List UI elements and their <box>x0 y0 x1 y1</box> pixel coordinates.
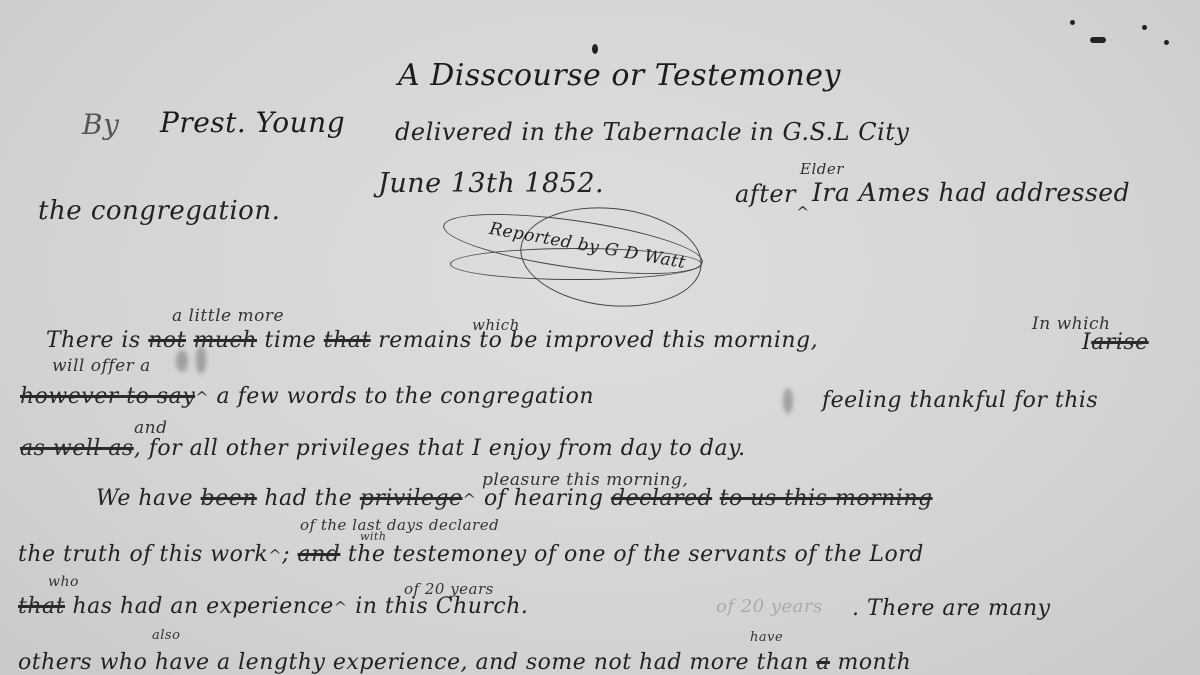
struck-word: a <box>816 650 830 675</box>
byline-prefix: By <box>82 108 119 141</box>
manuscript-page: A Disscourse or Testemoney By Prest. You… <box>0 0 1200 675</box>
p1-line1-end: Iarise <box>1082 330 1149 355</box>
ink-speck <box>1070 20 1075 25</box>
insertion-caret: ^ <box>796 203 810 222</box>
insert-and: and <box>134 418 167 438</box>
insertion-caret: ^ <box>334 598 348 617</box>
insert-have: have <box>750 630 783 645</box>
p1-line2: however to say^ a few words to the congr… <box>20 384 594 409</box>
p1-line1: There is not much time that remains to b… <box>46 328 818 353</box>
insertion-caret: ^ <box>195 388 209 407</box>
p2-line3: that has had an experience^ in this Chur… <box>18 594 528 619</box>
ink-smudge <box>196 346 206 374</box>
byline-name: Prest. Young <box>160 106 345 139</box>
insert-who: who <box>48 574 79 590</box>
heading-congregation: the congregation. <box>38 196 280 226</box>
struck-word: that <box>18 594 65 619</box>
p2-line2: the truth of this work^; and the testemo… <box>18 542 924 567</box>
struck-word: that <box>324 328 371 353</box>
heading-addressed: Ira Ames had addressed <box>812 178 1130 207</box>
faded-text: of 20 years <box>716 596 823 617</box>
struck-word: arise <box>1091 330 1148 355</box>
struck-word: been <box>201 486 257 511</box>
insertion-caret: ^ <box>268 546 282 565</box>
p2-line1: We have been had the privilege^ of heari… <box>96 486 933 511</box>
p1-line3: as well as, for all other privileges tha… <box>20 436 746 461</box>
heading-after: after <box>735 180 796 208</box>
ink-smudge <box>176 350 188 372</box>
struck-word: declared <box>611 486 712 511</box>
ink-speck <box>1142 25 1147 30</box>
heading-date: June 13th 1852. <box>378 168 604 199</box>
p2-line3-end: . There are many <box>852 596 1051 621</box>
insert-a-little-more: a little more <box>172 306 284 326</box>
struck-phrase: however to say <box>20 384 195 409</box>
byline-rest: delivered in the Tabernacle in G.S.L Cit… <box>395 118 909 146</box>
p2-line4: others who have a lengthy experience, an… <box>18 650 911 675</box>
struck-word: and <box>298 542 341 567</box>
insert-last-days: of the last days declared <box>300 516 499 534</box>
document-title: A Disscourse or Testemoney <box>398 58 841 93</box>
p1-line2-end: feeling thankful for this <box>822 388 1098 413</box>
struck-phrase: to us this morning <box>720 486 933 511</box>
insert-also: also <box>152 628 180 643</box>
ink-speck <box>1164 40 1169 45</box>
ink-smudge <box>783 388 793 414</box>
struck-phrase: as well as <box>20 436 134 461</box>
ink-drop <box>592 44 598 54</box>
struck-word: privilege <box>360 486 463 511</box>
insert-will-offer: will offer a <box>52 356 151 376</box>
insertion-caret: ^ <box>463 490 477 509</box>
insert-elder: Elder <box>800 160 844 178</box>
ink-mark <box>1090 37 1106 43</box>
